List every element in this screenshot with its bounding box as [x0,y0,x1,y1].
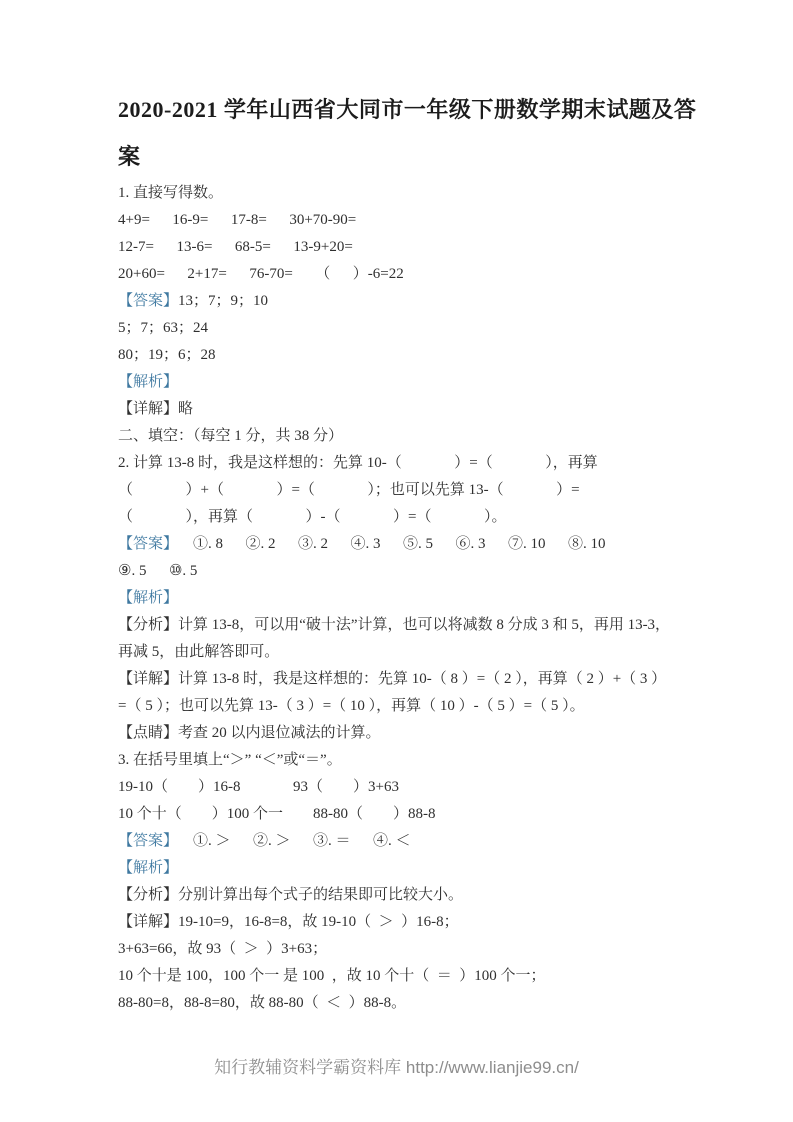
q1-calc-row-1: 4+9= 16-9= 17-8= 30+70-90= [118,207,683,234]
q2-answer-values-2: ⑨. 5 ⑩. 5 [118,558,683,585]
q1-answer-values-1: 13；7；9；10 [178,293,268,309]
q2-detail-line-2: =（ 5 ）；也可以先算 13-（ 3 ）=（ 10 ），再算（ 10 ）-（ … [118,693,683,720]
answer-label: 【答案】 [118,536,178,552]
document-title-line2: 案 [118,133,683,180]
section2-heading: 二、填空：（每空 1 分，共 38 分） [118,423,683,450]
q2-text-line-3: （ ），再算（ ）-（ ）=（ ）。 [118,504,683,531]
q2-analysis-line-1: 【分析】计算 13-8，可以用“破十法”计算，也可以将减数 8 分成 3 和 5… [118,612,683,639]
q3-detail-line-4: 88-80=8，88-8=80，故 88-80（ ＜ ）88-8。 [118,990,683,1017]
q3-detail-line-1: 【详解】19-10=9，16-8=8，故 19-10（ ＞ ）16-8； [118,909,683,936]
q3-analysis-line: 【分析】分别计算出每个式子的结果即可比较大小。 [118,882,683,909]
q1-heading: 1. 直接写得数。 [118,180,683,207]
q2-answer-line-1: 【答案】 ①. 8 ②. 2 ③. 2 ④. 3 ⑤. 5 ⑥. 3 ⑦. 10… [118,531,683,558]
q1-calc-row-3: 20+60= 2+17= 76-70= （ ）-6=22 [118,261,683,288]
q2-detail-line-1: 【详解】计算 13-8 时，我是这样想的：先算 10-（ 8 ）=（ 2 ），再… [118,666,683,693]
answer-label: 【答案】 [118,293,178,309]
analysis-label: 【解析】 [118,374,178,390]
q1-calc-row-2: 12-7= 13-6= 68-5= 13-9+20= [118,234,683,261]
footer-link[interactable]: 知行教辅资料学霸资料库 http://www.lianjie99.cn/ [214,1058,579,1077]
q1-answer-values-2: 5；7；63；24 [118,315,683,342]
analysis-label: 【解析】 [118,590,178,606]
q2-analysis-label-line: 【解析】 [118,585,683,612]
q1-analysis-label-line: 【解析】 [118,369,683,396]
q1-answer-values-3: 80；19；6；28 [118,342,683,369]
document-page: 2020-2021 学年山西省大同市一年级下册数学期末试题及答 案 1. 直接写… [0,0,793,1122]
q3-compare-row-2: 10 个十（ ）100 个一 88-80（ ）88-8 [118,801,683,828]
footer: 知行教辅资料学霸资料库 http://www.lianjie99.cn/ [0,1056,793,1080]
document-title-line1: 2020-2021 学年山西省大同市一年级下册数学期末试题及答 [118,86,683,133]
q2-text-line-2: （ ）+（ ）=（ ）；也可以先算 13-（ ）= [118,477,683,504]
q2-tip-line: 【点睛】考查 20 以内退位减法的计算。 [118,720,683,747]
q3-answer-values: ①. ＞ ②. ＞ ③. ＝ ④. ＜ [178,833,411,849]
document-content: 2020-2021 学年山西省大同市一年级下册数学期末试题及答 案 1. 直接写… [118,86,683,1017]
q3-analysis-label-line: 【解析】 [118,855,683,882]
q3-detail-line-3: 10 个十是 100，100 个一 是 100 ，故 10 个十（ ＝ ）100… [118,963,683,990]
analysis-label: 【解析】 [118,860,178,876]
answer-label: 【答案】 [118,833,178,849]
q3-detail-line-2: 3+63=66，故 93（ ＞ ）3+63； [118,936,683,963]
q2-answer-values-1: ①. 8 ②. 2 ③. 2 ④. 3 ⑤. 5 ⑥. 3 ⑦. 10 ⑧. 1… [178,536,606,552]
q3-heading: 3. 在括号里填上“＞” “＜”或“＝”。 [118,747,683,774]
q2-text-line-1: 2. 计算 13-8 时，我是这样想的：先算 10-（ ）=（ ），再算 [118,450,683,477]
q3-compare-row-1: 19-10（ ）16-8 93（ ）3+63 [118,774,683,801]
q1-detail-line: 【详解】略 [118,396,683,423]
q1-answer-line-1: 【答案】13；7；9；10 [118,288,683,315]
q3-answer-line: 【答案】 ①. ＞ ②. ＞ ③. ＝ ④. ＜ [118,828,683,855]
q2-analysis-line-2: 再减 5，由此解答即可。 [118,639,683,666]
